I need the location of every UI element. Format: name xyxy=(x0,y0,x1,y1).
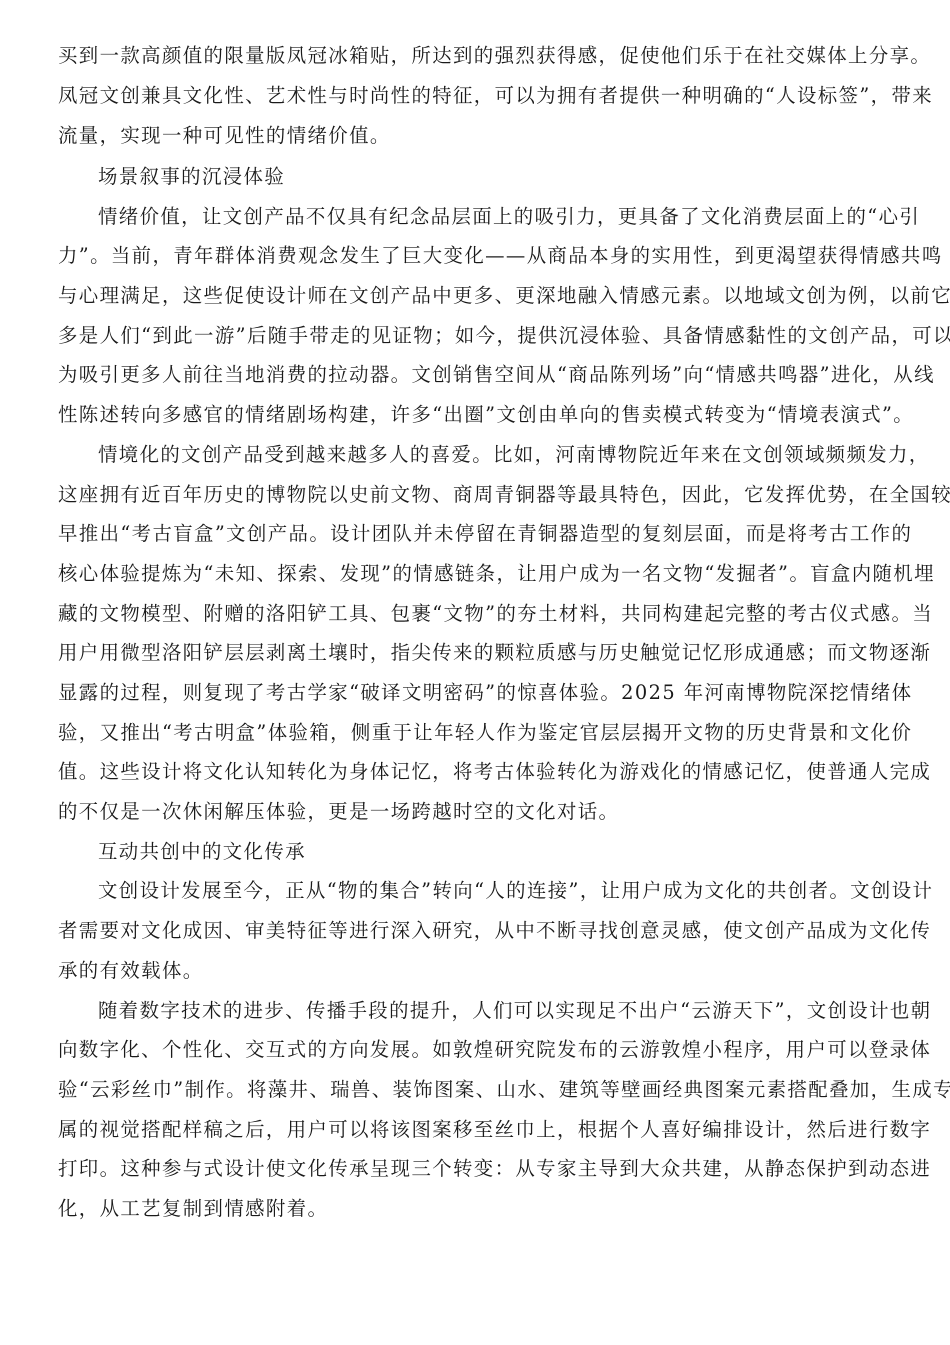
text-line: 打印。这种参与式设计使文化传承呈现三个转变：从专家主导到大众共建，从静态保护到动… xyxy=(58,1155,931,1183)
text-line: 文创设计发展至今，正从“物的集合”转向“人的连接”，让用户成为文化的共创者。文创… xyxy=(98,877,933,905)
text-line: 显露的过程，则复现了考古学家“破译文明密码”的惊喜体验。2025 年河南博物院深… xyxy=(58,679,912,707)
text-line: 买到一款高颜值的限量版凤冠冰箱贴，所达到的强烈获得感，促使他们乐于在社交媒体上分… xyxy=(58,42,931,70)
text-line: 向数字化、个性化、交互式的方向发展。如敦煌研究院发布的云游敦煌小程序，用户可以登… xyxy=(58,1036,931,1064)
text-line: 情境化的文创产品受到越来越多人的喜爱。比如，河南博物院近年来在文创领域频频发力， xyxy=(98,441,930,469)
text-line: 随着数字技术的进步、传播手段的提升，人们可以实现足不出户“云游天下”，文创设计也… xyxy=(98,997,931,1025)
text-line: 的不仅是一次休闲解压体验，更是一场跨越时空的文化对话。 xyxy=(58,798,619,826)
text-line: 多是人们“到此一游”后随手带走的见证物；如今，提供沉浸体验、具备情感黏性的文创产… xyxy=(58,322,950,350)
text-line: 力”。当前，青年群体消费观念发生了巨大变化——从商品本身的实用性，到更渴望获得情… xyxy=(58,242,943,270)
text-line: 性陈述转向多感官的情绪剧场构建，许多“出圈”文创由单向的售卖模式转变为“情境表演… xyxy=(58,401,914,429)
text-line: 为吸引更多人前往当地消费的拉动器。文创销售空间从“商品陈列场”向“情感共鸣器”进… xyxy=(58,361,935,389)
text-line: 属的视觉搭配样稿之后，用户可以将该图案移至丝巾上，根据个人喜好编排设计，然后进行… xyxy=(58,1116,931,1144)
text-line: 用户用微型洛阳铲层层剥离土壤时，指尖传来的颗粒质感与历史触觉记忆形成通感；而文物… xyxy=(58,639,931,667)
text-line: 验“云彩丝巾”制作。将藻井、瑞兽、装饰图案、山水、建筑等壁画经典图案元素搭配叠加… xyxy=(58,1076,950,1104)
section-heading-1: 场景叙事的沉浸体验 xyxy=(98,163,285,191)
text-line: 流量，实现一种可见性的情绪价值。 xyxy=(58,122,391,150)
text-line: 化，从工艺复制到情感附着。 xyxy=(58,1195,328,1223)
text-line: 与心理满足，这些促使设计师在文创产品中更多、更深地融入情感元素。以地域文创为例，… xyxy=(58,282,950,310)
text-line: 值。这些设计将文化认知转化为身体记忆，将考古体验转化为游戏化的情感记忆，使普通人… xyxy=(58,758,931,786)
text-line: 情绪价值，让文创产品不仅具有纪念品层面上的吸引力，更具备了文化消费层面上的“心引 xyxy=(98,203,920,231)
text-line: 藏的文物模型、附赠的洛阳铲工具、包裹“文物”的夯土材料，共同构建起完整的考古仪式… xyxy=(58,600,933,628)
text-line: 验，又推出“考古明盒”体验箱，侧重于让年轻人作为鉴定官层层揭开文物的历史背景和文… xyxy=(58,719,912,747)
text-line: 凤冠文创兼具文化性、艺术性与时尚性的特征，可以为拥有者提供一种明确的“人设标签”… xyxy=(58,82,933,110)
text-line: 者需要对文化成因、审美特征等进行深入研究，从中不断寻找创意灵感，使文创产品成为文… xyxy=(58,917,931,945)
text-line: 承的有效载体。 xyxy=(58,957,204,985)
text-line: 核心体验提炼为“未知、探索、发现”的情感链条，让用户成为一名文物“发掘者”。盲盒… xyxy=(58,560,935,588)
text-line: 这座拥有近百年历史的博物院以史前文物、商周青铜器等最具特色，因此，它发挥优势，在… xyxy=(58,481,950,509)
text-line: 早推出“考古盲盒”文创产品。设计团队并未停留在青铜器造型的复刻层面，而是将考古工… xyxy=(58,520,912,548)
section-heading-2: 互动共创中的文化传承 xyxy=(98,838,306,866)
